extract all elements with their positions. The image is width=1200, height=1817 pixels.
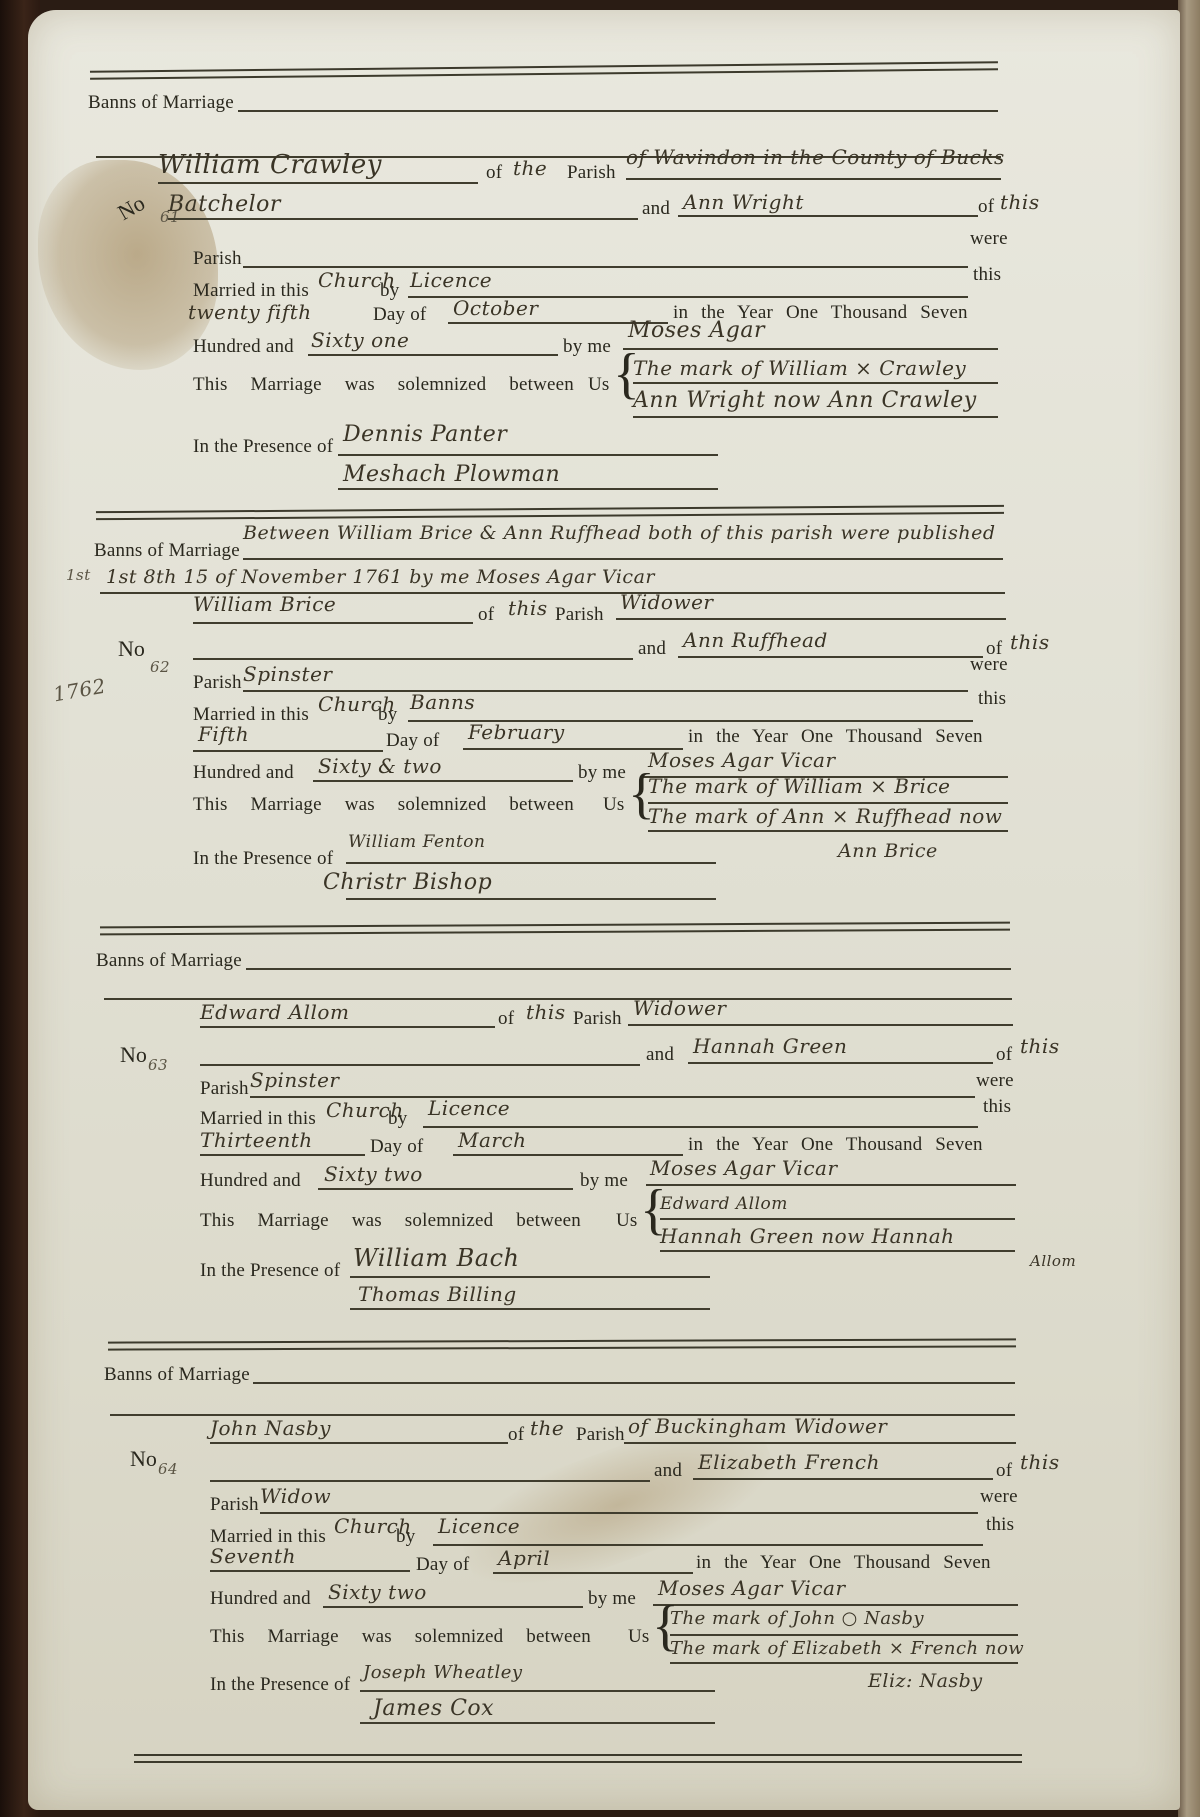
bride-status: Spinster <box>243 662 332 686</box>
and-label: and <box>654 1460 682 1482</box>
line <box>660 1218 1015 1220</box>
groom-name: William Brice <box>193 592 336 616</box>
groom-of: the <box>530 1416 564 1440</box>
signature-1: Edward Allom <box>660 1194 788 1214</box>
line <box>623 348 998 350</box>
groom-name: Edward Allom <box>200 1000 349 1024</box>
signature-note: Eliz: Nasby <box>868 1670 983 1692</box>
signature-2: The mark of Ann × Ruffhead now <box>648 804 1002 828</box>
hundred-and-label: Hundred and <box>200 1170 301 1192</box>
by-me-label: by me <box>588 1588 636 1610</box>
bride-of: this <box>1000 190 1040 214</box>
day-of-label: Day of <box>370 1136 423 1158</box>
line <box>626 178 1001 180</box>
line <box>688 1062 993 1064</box>
groom-name: William Crawley <box>158 150 382 180</box>
day: Thirteenth <box>200 1128 313 1152</box>
hundred-and-label: Hundred and <box>210 1588 311 1610</box>
line <box>678 656 983 658</box>
entry-number-label: No <box>118 636 145 662</box>
line <box>193 750 383 752</box>
officiant: Moses Agar Vicar <box>650 1156 838 1180</box>
this-label: this <box>973 264 1001 286</box>
line <box>193 622 473 624</box>
us-label: Us <box>628 1626 650 1648</box>
line <box>308 354 558 356</box>
married-label: Married in this <box>193 280 309 302</box>
of-label: of <box>978 196 994 218</box>
witness-2: Meshach Plowman <box>343 462 560 487</box>
month: October <box>453 296 538 320</box>
groom-parish: of Buckingham Widower <box>628 1414 887 1438</box>
entry-number: 64 <box>158 1460 178 1478</box>
parish-label: Parish <box>193 672 242 694</box>
line <box>493 1572 693 1574</box>
line <box>628 1024 1013 1026</box>
by-label: by <box>396 1526 415 1548</box>
entry-number: 62 <box>150 658 170 676</box>
banns-line <box>253 1382 1015 1384</box>
line <box>624 1442 1016 1444</box>
signature-2: Ann Wright now Ann Crawley <box>633 388 977 413</box>
witness-1: William Bach <box>353 1244 520 1272</box>
banns-label: Banns of Marriage <box>96 950 242 972</box>
marriage-by: Licence <box>410 268 492 292</box>
signature-2: The mark of Elizabeth × French now <box>670 1638 1024 1659</box>
line <box>678 215 978 217</box>
line <box>200 1026 495 1028</box>
line <box>193 658 633 660</box>
entry-number-label: No <box>120 1042 147 1068</box>
year: Sixty one <box>311 328 409 352</box>
banns-line <box>246 968 1011 970</box>
line <box>338 488 718 490</box>
bride-name: Elizabeth French <box>698 1450 880 1474</box>
us-label: Us <box>603 794 625 816</box>
were-label: were <box>980 1486 1018 1508</box>
bride-of: this <box>1010 630 1050 654</box>
line <box>200 1154 365 1156</box>
banns-label: Banns of Marriage <box>88 92 234 114</box>
bride-name: Hannah Green <box>693 1034 847 1058</box>
and-label: and <box>638 638 666 660</box>
marriage-by: Licence <box>438 1514 520 1538</box>
banns-text-2: 1st 8th 15 of November 1761 by me Moses … <box>106 566 655 588</box>
parish-label: Parish <box>576 1424 625 1446</box>
bride-of: this <box>1020 1450 1060 1474</box>
line <box>633 382 998 384</box>
entry-divider <box>108 1338 1016 1350</box>
year-label: in the Year One Thousand Seven <box>688 1134 983 1156</box>
presence-label: In the Presence of <box>193 848 333 870</box>
banns-label: Banns of Marriage <box>104 1364 250 1386</box>
were-label: were <box>970 654 1008 676</box>
this-label: this <box>983 1096 1011 1118</box>
solemnized-label: This Marriage was solemnized between <box>200 1210 581 1232</box>
groom-parish: Widower <box>620 590 713 614</box>
banns-margin: 1st <box>66 566 91 584</box>
groom-status: Batchelor <box>168 192 281 217</box>
presence-label: In the Presence of <box>210 1674 350 1696</box>
marriage-by: Banns <box>410 690 475 714</box>
witness-1: Dennis Panter <box>343 422 507 447</box>
signature-2: Hannah Green now Hannah <box>660 1224 955 1248</box>
signature-1: The mark of John ○ Nasby <box>670 1608 924 1629</box>
day-of-label: Day of <box>373 304 426 326</box>
line <box>158 182 478 184</box>
of-label: of <box>508 1424 524 1446</box>
year-label: in the Year One Thousand Seven <box>688 726 983 748</box>
bride-of: this <box>1020 1034 1060 1058</box>
signature-note: Allom <box>1030 1252 1076 1270</box>
groom-name: John Nasby <box>210 1416 331 1440</box>
month: April <box>498 1546 550 1570</box>
line <box>646 1184 1016 1186</box>
line <box>360 1722 715 1724</box>
line <box>693 1478 993 1480</box>
marriage-by: Licence <box>428 1096 510 1120</box>
witness-2: Thomas Billing <box>358 1282 517 1306</box>
line <box>210 1570 410 1572</box>
month: March <box>458 1128 527 1152</box>
banns-line <box>243 558 1003 560</box>
and-label: and <box>646 1044 674 1066</box>
of-label: of <box>486 162 502 184</box>
banns-text: Between William Brice & Ann Ruffhead bot… <box>243 522 996 544</box>
witness-2: James Cox <box>373 1696 494 1721</box>
year-label: in the Year One Thousand Seven <box>696 1552 991 1574</box>
line <box>313 780 573 782</box>
bride-status: Spinster <box>250 1068 339 1092</box>
bride-status: Widow <box>260 1484 331 1508</box>
line <box>648 830 1008 832</box>
line <box>338 454 718 456</box>
solemnized-label: This Marriage was solemnized between <box>193 374 574 396</box>
year: Sixty two <box>324 1162 423 1186</box>
of-label: of <box>996 1044 1012 1066</box>
officiant: Moses Agar Vicar <box>648 748 836 772</box>
parish-label: Parish <box>193 248 242 270</box>
bride-name: Ann Ruffhead <box>683 628 828 652</box>
line <box>168 218 638 220</box>
presence-label: In the Presence of <box>193 436 333 458</box>
groom-parish: of Wavindon in the County of Bucks <box>626 145 1005 169</box>
day: Fifth <box>198 722 249 746</box>
day-of-label: Day of <box>416 1554 469 1576</box>
page-edges <box>1178 0 1200 1817</box>
us-label: Us <box>616 1210 638 1232</box>
married-label: Married in this <box>200 1108 316 1130</box>
by-me-label: by me <box>580 1170 628 1192</box>
presence-label: In the Presence of <box>200 1260 340 1282</box>
parish-label: Parish <box>200 1078 249 1100</box>
line <box>616 618 1006 620</box>
officiant: Moses Agar Vicar <box>658 1576 846 1600</box>
groom-parish: Widower <box>633 996 726 1020</box>
groom-of: this <box>526 1000 566 1024</box>
entry-divider <box>100 922 1010 936</box>
and-label: and <box>642 198 670 220</box>
us-label: Us <box>588 374 610 396</box>
signature-1: The mark of William × Brice <box>648 774 950 798</box>
groom-of: this <box>508 596 548 620</box>
officiant: Moses Agar <box>628 318 765 343</box>
groom-of: the <box>513 156 547 180</box>
parish-label: Parish <box>567 162 616 184</box>
solemnized-label: This Marriage was solemnized between <box>193 794 574 816</box>
line <box>633 416 998 418</box>
witness-1: William Fenton <box>348 832 485 852</box>
entry-divider <box>96 505 1004 520</box>
witness-1: Joseph Wheatley <box>363 1662 523 1683</box>
month: February <box>468 720 565 744</box>
were-label: were <box>976 1070 1014 1092</box>
line <box>318 1188 573 1190</box>
line <box>210 1442 508 1444</box>
by-label: by <box>388 1108 407 1130</box>
line <box>360 1690 715 1692</box>
parish-label: Parish <box>210 1494 259 1516</box>
by-label: by <box>378 704 397 726</box>
line <box>323 1606 583 1608</box>
line <box>346 898 716 900</box>
witness-2: Christr Bishop <box>323 870 492 895</box>
signature-note: Ann Brice <box>838 840 938 862</box>
line <box>453 1154 683 1156</box>
line <box>670 1634 1018 1636</box>
line <box>670 1662 1018 1664</box>
page-bottom-divider <box>134 1754 1022 1763</box>
of-label: of <box>478 604 494 626</box>
day-of-label: Day of <box>386 730 439 752</box>
by-me-label: by me <box>578 762 626 784</box>
year: Sixty two <box>328 1580 427 1604</box>
this-label: this <box>986 1514 1014 1536</box>
hundred-and-label: Hundred and <box>193 762 294 784</box>
parish-label: Parish <box>555 604 604 626</box>
line <box>660 1250 1015 1252</box>
margin-year: 1762 <box>51 674 107 707</box>
line <box>350 1276 710 1278</box>
register-page: Banns of Marriage No 61 William Crawley … <box>28 10 1180 1810</box>
line <box>346 862 716 864</box>
parish-label: Parish <box>573 1008 622 1030</box>
entry-divider <box>90 61 998 80</box>
were-label: were <box>970 228 1008 250</box>
line <box>653 1604 1018 1606</box>
banns-label: Banns of Marriage <box>94 540 240 562</box>
by-label: by <box>380 280 399 302</box>
line <box>200 1064 640 1066</box>
solemnized-label: This Marriage was solemnized between <box>210 1626 591 1648</box>
line <box>210 1480 650 1482</box>
bride-name: Ann Wright <box>683 190 804 214</box>
year: Sixty & two <box>318 754 442 778</box>
banns-line <box>238 110 998 112</box>
of-label: of <box>996 1460 1012 1482</box>
hundred-and-label: Hundred and <box>193 336 294 358</box>
of-label: of <box>498 1008 514 1030</box>
entry-number: 63 <box>148 1056 168 1074</box>
this-label: this <box>978 688 1006 710</box>
entry-number-label: No <box>130 1446 157 1472</box>
day: twenty fifth <box>188 300 312 324</box>
by-me-label: by me <box>563 336 611 358</box>
signature-1: The mark of William × Crawley <box>633 356 966 380</box>
day: Seventh <box>210 1544 296 1568</box>
line <box>350 1308 710 1310</box>
